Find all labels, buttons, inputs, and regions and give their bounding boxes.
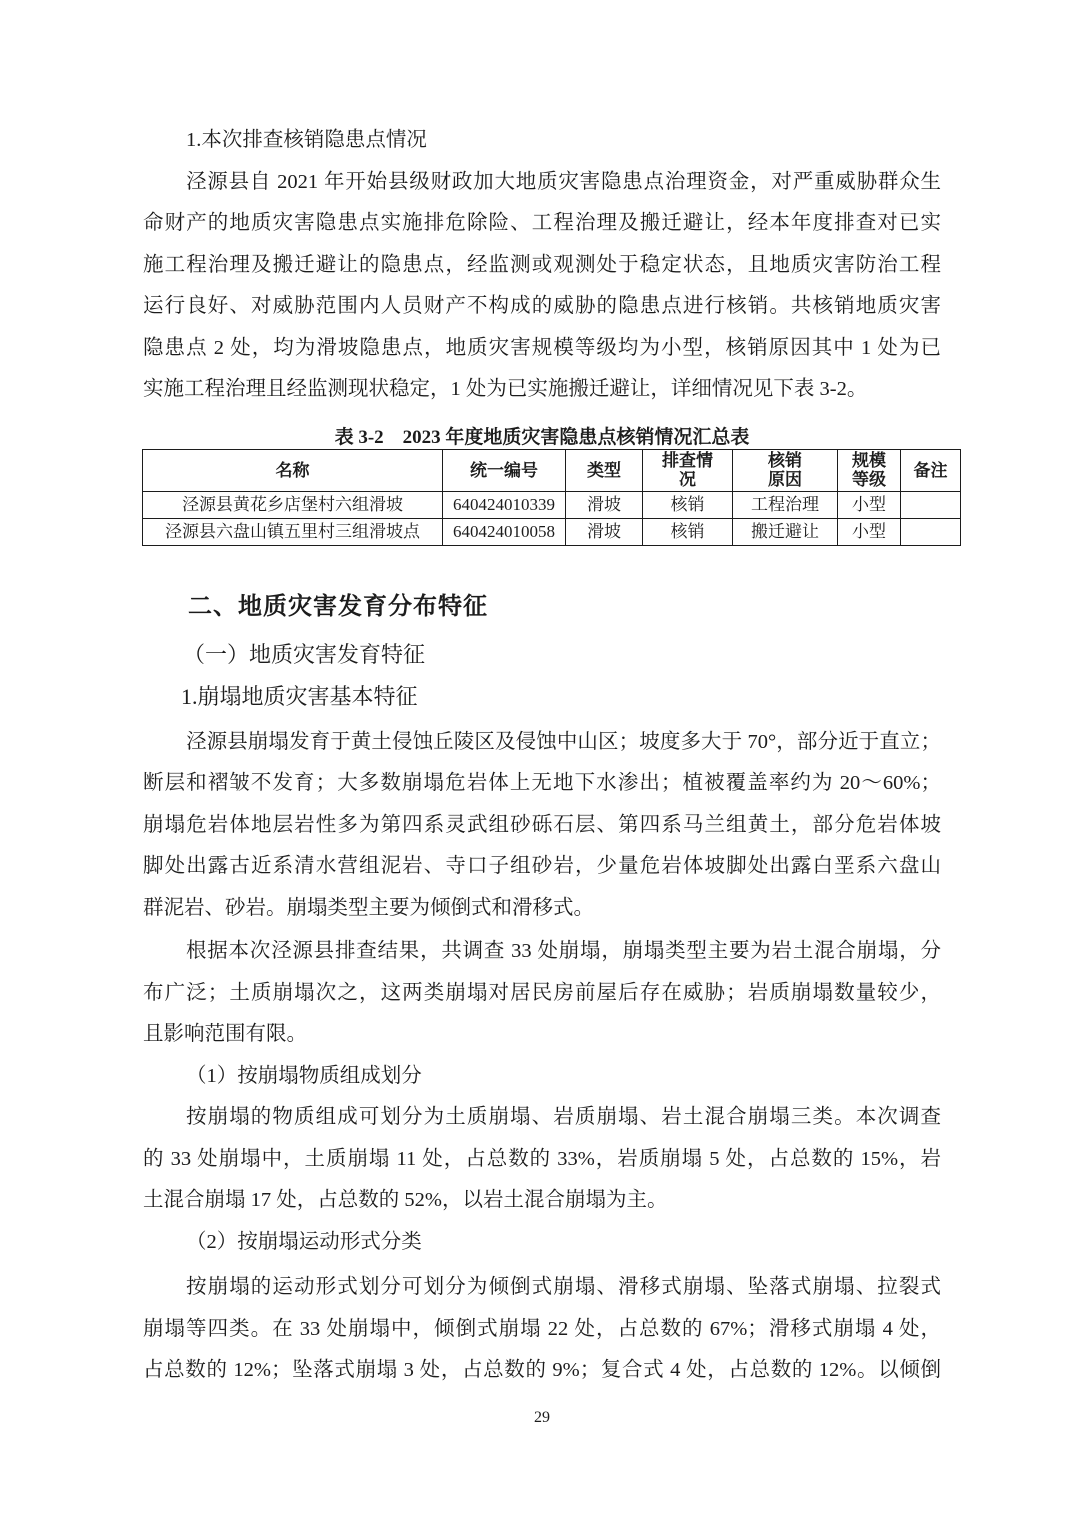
- paragraph-line: 运行良好、对威胁范围内人员财产不构成的威胁的隐患点进行核销。共核销地质灾害: [143, 286, 941, 328]
- paragraph-line: 的 33 处崩塌中，土质崩塌 11 处，占总数的 33%，岩质崩塌 5 处，占总…: [143, 1139, 941, 1181]
- paragraph-collapse-features: 泾源县崩塌发育于黄土侵蚀丘陵区及侵蚀中山区；坡度多大于 70°，部分近于直立； …: [143, 722, 941, 930]
- paragraph-line: 按崩塌的物质组成可划分为土质崩塌、岩质崩塌、岩土混合崩塌三类。本次调查: [143, 1097, 941, 1139]
- paragraph-line: 且影响范围有限。: [143, 1014, 941, 1056]
- col-header-remark: 备注: [901, 449, 961, 491]
- paragraph-line: 群泥岩、砂岩。崩塌类型主要为倾倒式和滑移式。: [143, 888, 941, 930]
- paragraph-line: 实施工程治理且经监测现状稳定，1 处为已实施搬迁避让，详细情况见下表 3-2。: [143, 369, 941, 411]
- col-header-unified-code: 统一编号: [443, 449, 566, 491]
- paragraph-line: 崩塌危岩体地层岩性多为第四系灵武组砂砾石层、第四系马兰组黄土，部分危岩体坡: [143, 805, 941, 847]
- paragraph-material-classification: 按崩塌的物质组成可划分为土质崩塌、岩质崩塌、岩土混合崩塌三类。本次调查 的 33…: [143, 1097, 941, 1222]
- cell-remark: [901, 491, 961, 518]
- section-heading-distribution: 二、地质灾害发育分布特征: [143, 592, 941, 622]
- col-header-cancel-reason: 核销 原因: [733, 449, 838, 491]
- col-header-name: 名称: [143, 449, 443, 491]
- paragraph-line: 根据本次泾源县排查结果，共调查 33 处崩塌，崩塌类型主要为岩土混合崩塌，分: [143, 931, 941, 973]
- cell-cancel-reason: 搬迁避让: [733, 518, 838, 545]
- paragraph-line: 断层和褶皱不发育；大多数崩塌危岩体上无地下水渗出；植被覆盖率约为 20～60%；: [143, 763, 941, 805]
- cell-remark: [901, 518, 961, 545]
- cell-unified-code: 640424010339: [443, 491, 566, 518]
- paragraph-line: 命财产的地质灾害隐患点实施排危除险、工程治理及搬迁避让，经本年度排查对已实: [143, 203, 941, 245]
- paragraph-line: 施工程治理及搬迁避让的隐患点，经监测或观测处于稳定状态，且地质灾害防治工程: [143, 245, 941, 287]
- cell-type: 滑坡: [566, 491, 643, 518]
- paragraph-line: 泾源县自 2021 年开始县级财政加大地质灾害隐患点治理资金，对严重威胁群众生: [143, 162, 941, 204]
- document-page: 1.本次排查核销隐患点情况 泾源县自 2021 年开始县级财政加大地质灾害隐患点…: [0, 0, 1074, 1520]
- cell-inspection-status: 核销: [643, 491, 733, 518]
- col-header-type: 类型: [566, 449, 643, 491]
- heading-material-classification: （1）按崩塌物质组成划分: [143, 1056, 941, 1098]
- page-number: 29: [143, 1408, 941, 1428]
- paragraph-line: 按崩塌的运动形式划分可划分为倾倒式崩塌、滑移式崩塌、坠落式崩塌、拉裂式: [143, 1267, 941, 1309]
- cell-unified-code: 640424010058: [443, 518, 566, 545]
- cell-scale-grade: 小型: [838, 491, 901, 518]
- table-row: 泾源县六盘山镇五里村三组滑坡点 640424010058 滑坡 核销 搬迁避让 …: [143, 518, 961, 545]
- cell-scale-grade: 小型: [838, 518, 901, 545]
- subsection-heading-development: （一）地质灾害发育特征: [143, 640, 941, 670]
- paragraph-cancel-overview: 泾源县自 2021 年开始县级财政加大地质灾害隐患点治理资金，对严重威胁群众生 …: [143, 162, 941, 411]
- paragraph-line: 布广泛；土质崩塌次之，这两类崩塌对居民房前屋后存在威胁；岩质崩塌数量较少，: [143, 973, 941, 1015]
- paragraph-line: 土混合崩塌 17 处，占总数的 52%，以岩土混合崩塌为主。: [143, 1180, 941, 1222]
- paragraph-line: 脚处出露古近系清水营组泥岩、寺口子组砂岩，少量危岩体坡脚处出露白垩系六盘山: [143, 846, 941, 888]
- paragraph-survey-results: 根据本次泾源县排查结果，共调查 33 处崩塌，崩塌类型主要为岩土混合崩塌，分 布…: [143, 931, 941, 1056]
- page-content: 1.本次排查核销隐患点情况 泾源县自 2021 年开始县级财政加大地质灾害隐患点…: [143, 0, 941, 1428]
- subsection-heading-collapse-basic: 1.崩塌地质灾害基本特征: [143, 682, 941, 712]
- cell-cancel-reason: 工程治理: [733, 491, 838, 518]
- cell-type: 滑坡: [566, 518, 643, 545]
- col-header-scale-grade: 规模 等级: [838, 449, 901, 491]
- paragraph-line: 泾源县崩塌发育于黄土侵蚀丘陵区及侵蚀中山区；坡度多大于 70°，部分近于直立；: [143, 722, 941, 764]
- cell-name: 泾源县六盘山镇五里村三组滑坡点: [143, 518, 443, 545]
- table-row: 泾源县黄花乡店堡村六组滑坡 640424010339 滑坡 核销 工程治理 小型: [143, 491, 961, 518]
- heading-motion-classification: （2）按崩塌运动形式分类: [143, 1222, 941, 1264]
- paragraph-motion-classification: 按崩塌的运动形式划分可划分为倾倒式崩塌、滑移式崩塌、坠落式崩塌、拉裂式 崩塌等四…: [143, 1267, 941, 1392]
- heading-inspection-cancel: 1.本次排查核销隐患点情况: [143, 120, 941, 162]
- paragraph-line: 占总数的 12%；坠落式崩塌 3 处，占总数的 9%；复合式 4 处，占总数的 …: [143, 1350, 941, 1392]
- col-header-inspection-status: 排查情 况: [643, 449, 733, 491]
- table-caption: 表 3-2 2023 年度地质灾害隐患点核销情况汇总表: [143, 427, 941, 449]
- cell-inspection-status: 核销: [643, 518, 733, 545]
- table-3-2: 名称 统一编号 类型 排查情 况 核销 原因 规模 等级 备注 泾源县黄花乡店堡…: [142, 449, 961, 546]
- table-header-row: 名称 统一编号 类型 排查情 况 核销 原因 规模 等级 备注: [143, 449, 961, 491]
- paragraph-line: 隐患点 2 处，均为滑坡隐患点，地质灾害规模等级均为小型，核销原因其中 1 处为…: [143, 328, 941, 370]
- paragraph-line: 崩塌等四类。在 33 处崩塌中，倾倒式崩塌 22 处，占总数的 67%；滑移式崩…: [143, 1309, 941, 1351]
- cell-name: 泾源县黄花乡店堡村六组滑坡: [143, 491, 443, 518]
